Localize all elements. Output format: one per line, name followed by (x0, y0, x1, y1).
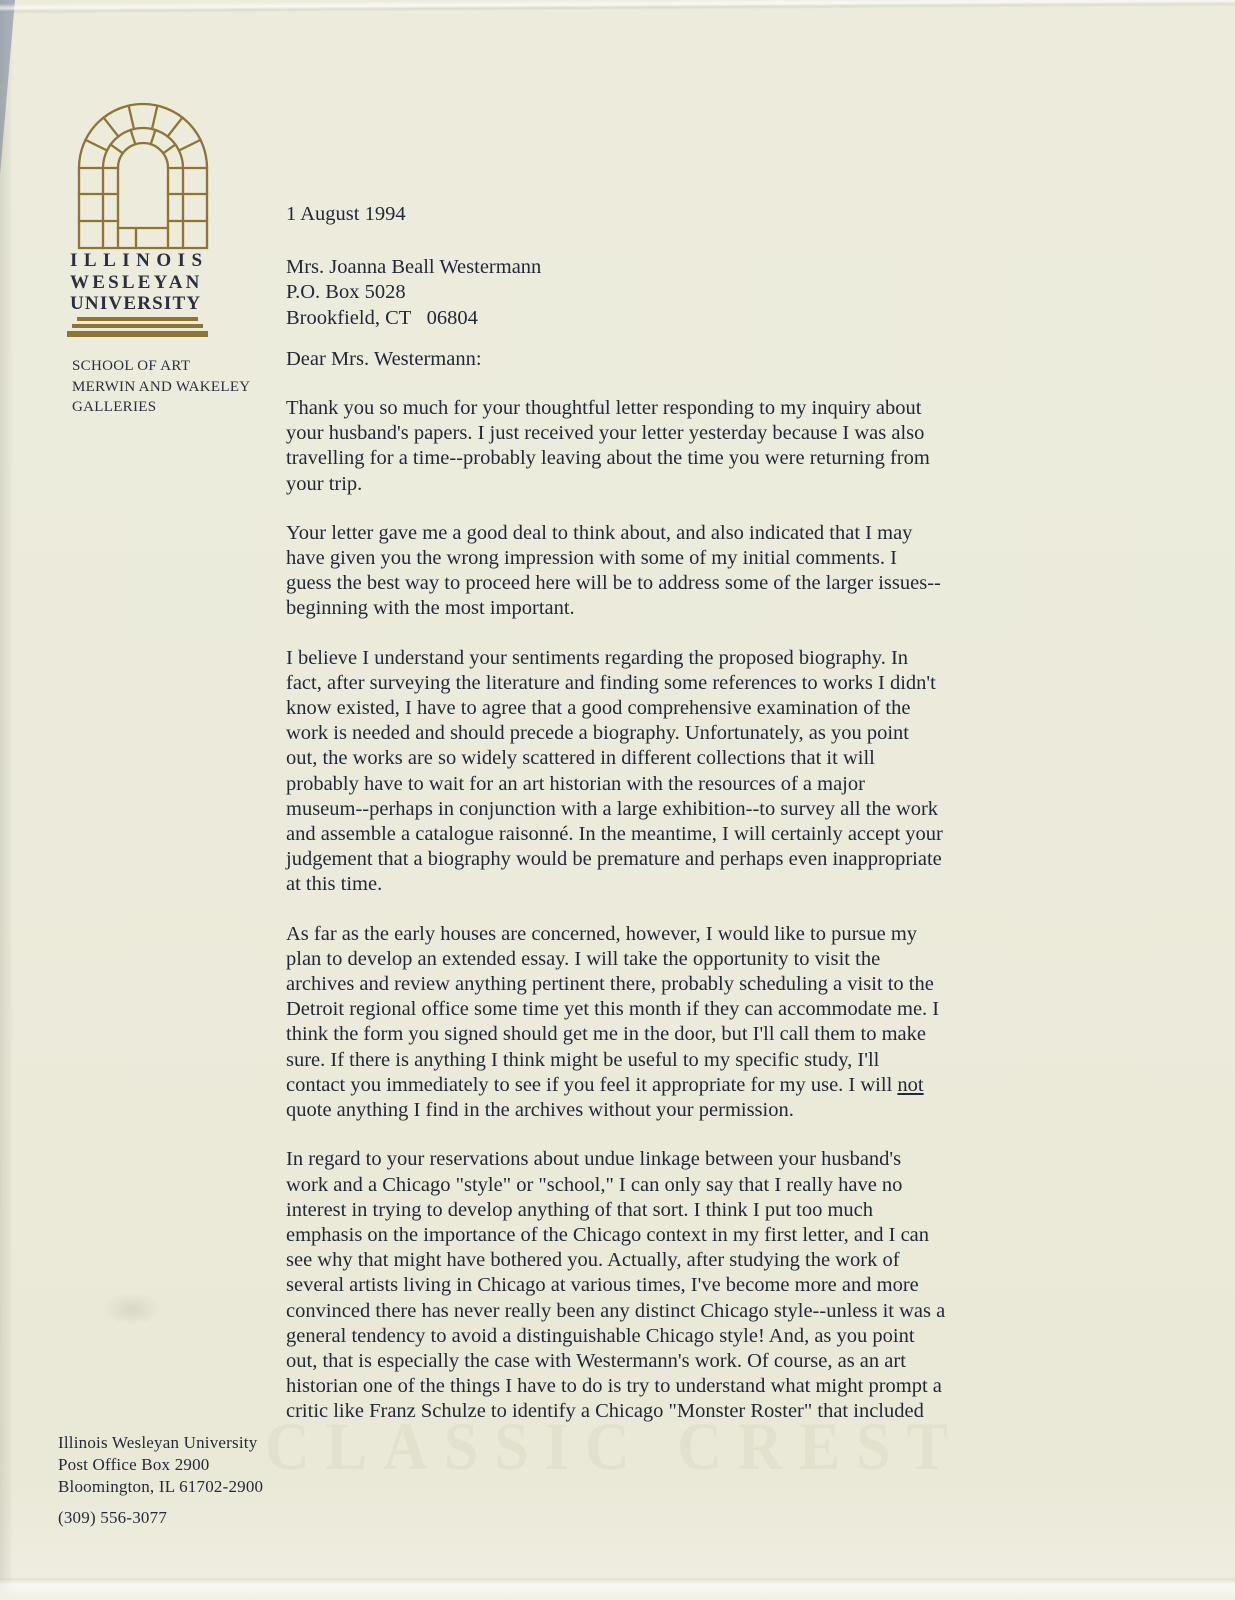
paragraph-4-text: As far as the early houses are concerned… (286, 923, 939, 1096)
scan-edge-shadow (0, 0, 14, 1600)
arched-window-logo-icon (68, 96, 218, 256)
paragraph-2: Your letter gave me a good deal to think… (286, 521, 1092, 622)
university-name-line1: ILLINOIS (70, 250, 208, 272)
paragraph-1: Thank you so much for your thoughtful le… (286, 396, 1092, 497)
letter-date: 1 August 1994 (286, 202, 1092, 227)
paragraph-4: As far as the early houses are concerned… (286, 922, 1092, 1124)
letterhead-rule-bar (72, 324, 203, 328)
letter-page: CLASSIC CREST ILLINOIS WESLEYAN UNIVERSI… (0, 0, 1235, 1600)
paragraph-4-underlined-word: not (897, 1074, 923, 1096)
footer-phone-number: (309) 556-3077 (58, 1508, 167, 1528)
paragraph-3: I believe I understand your sentiments r… (286, 646, 1092, 898)
salutation: Dear Mrs. Westermann: (286, 347, 1092, 372)
letterhead-rule-bar (77, 317, 198, 321)
footer-university-address: Illinois Wesleyan University Post Office… (58, 1432, 263, 1498)
paper-fold-crease-bottom (0, 0, 1235, 13)
university-name: ILLINOIS WESLEYAN UNIVERSITY (70, 250, 208, 315)
paragraph-4-text-end: quote anything I find in the archives wi… (286, 1099, 794, 1121)
university-name-line2: WESLEYAN (70, 272, 208, 294)
paragraph-5: In regard to your reservations about und… (286, 1147, 1092, 1424)
letterhead-rule-bar (67, 331, 208, 337)
university-name-line3: UNIVERSITY (70, 293, 208, 315)
department-name: SCHOOL OF ART MERWIN AND WAKELEY GALLERI… (72, 356, 282, 418)
pencil-smudge (102, 1292, 162, 1326)
recipient-address: Mrs. Joanna Beall Westermann P.O. Box 50… (286, 255, 1092, 331)
paper-bottom-edge (0, 1578, 1235, 1600)
letter-body: 1 August 1994 Mrs. Joanna Beall Westerma… (286, 202, 1092, 1449)
